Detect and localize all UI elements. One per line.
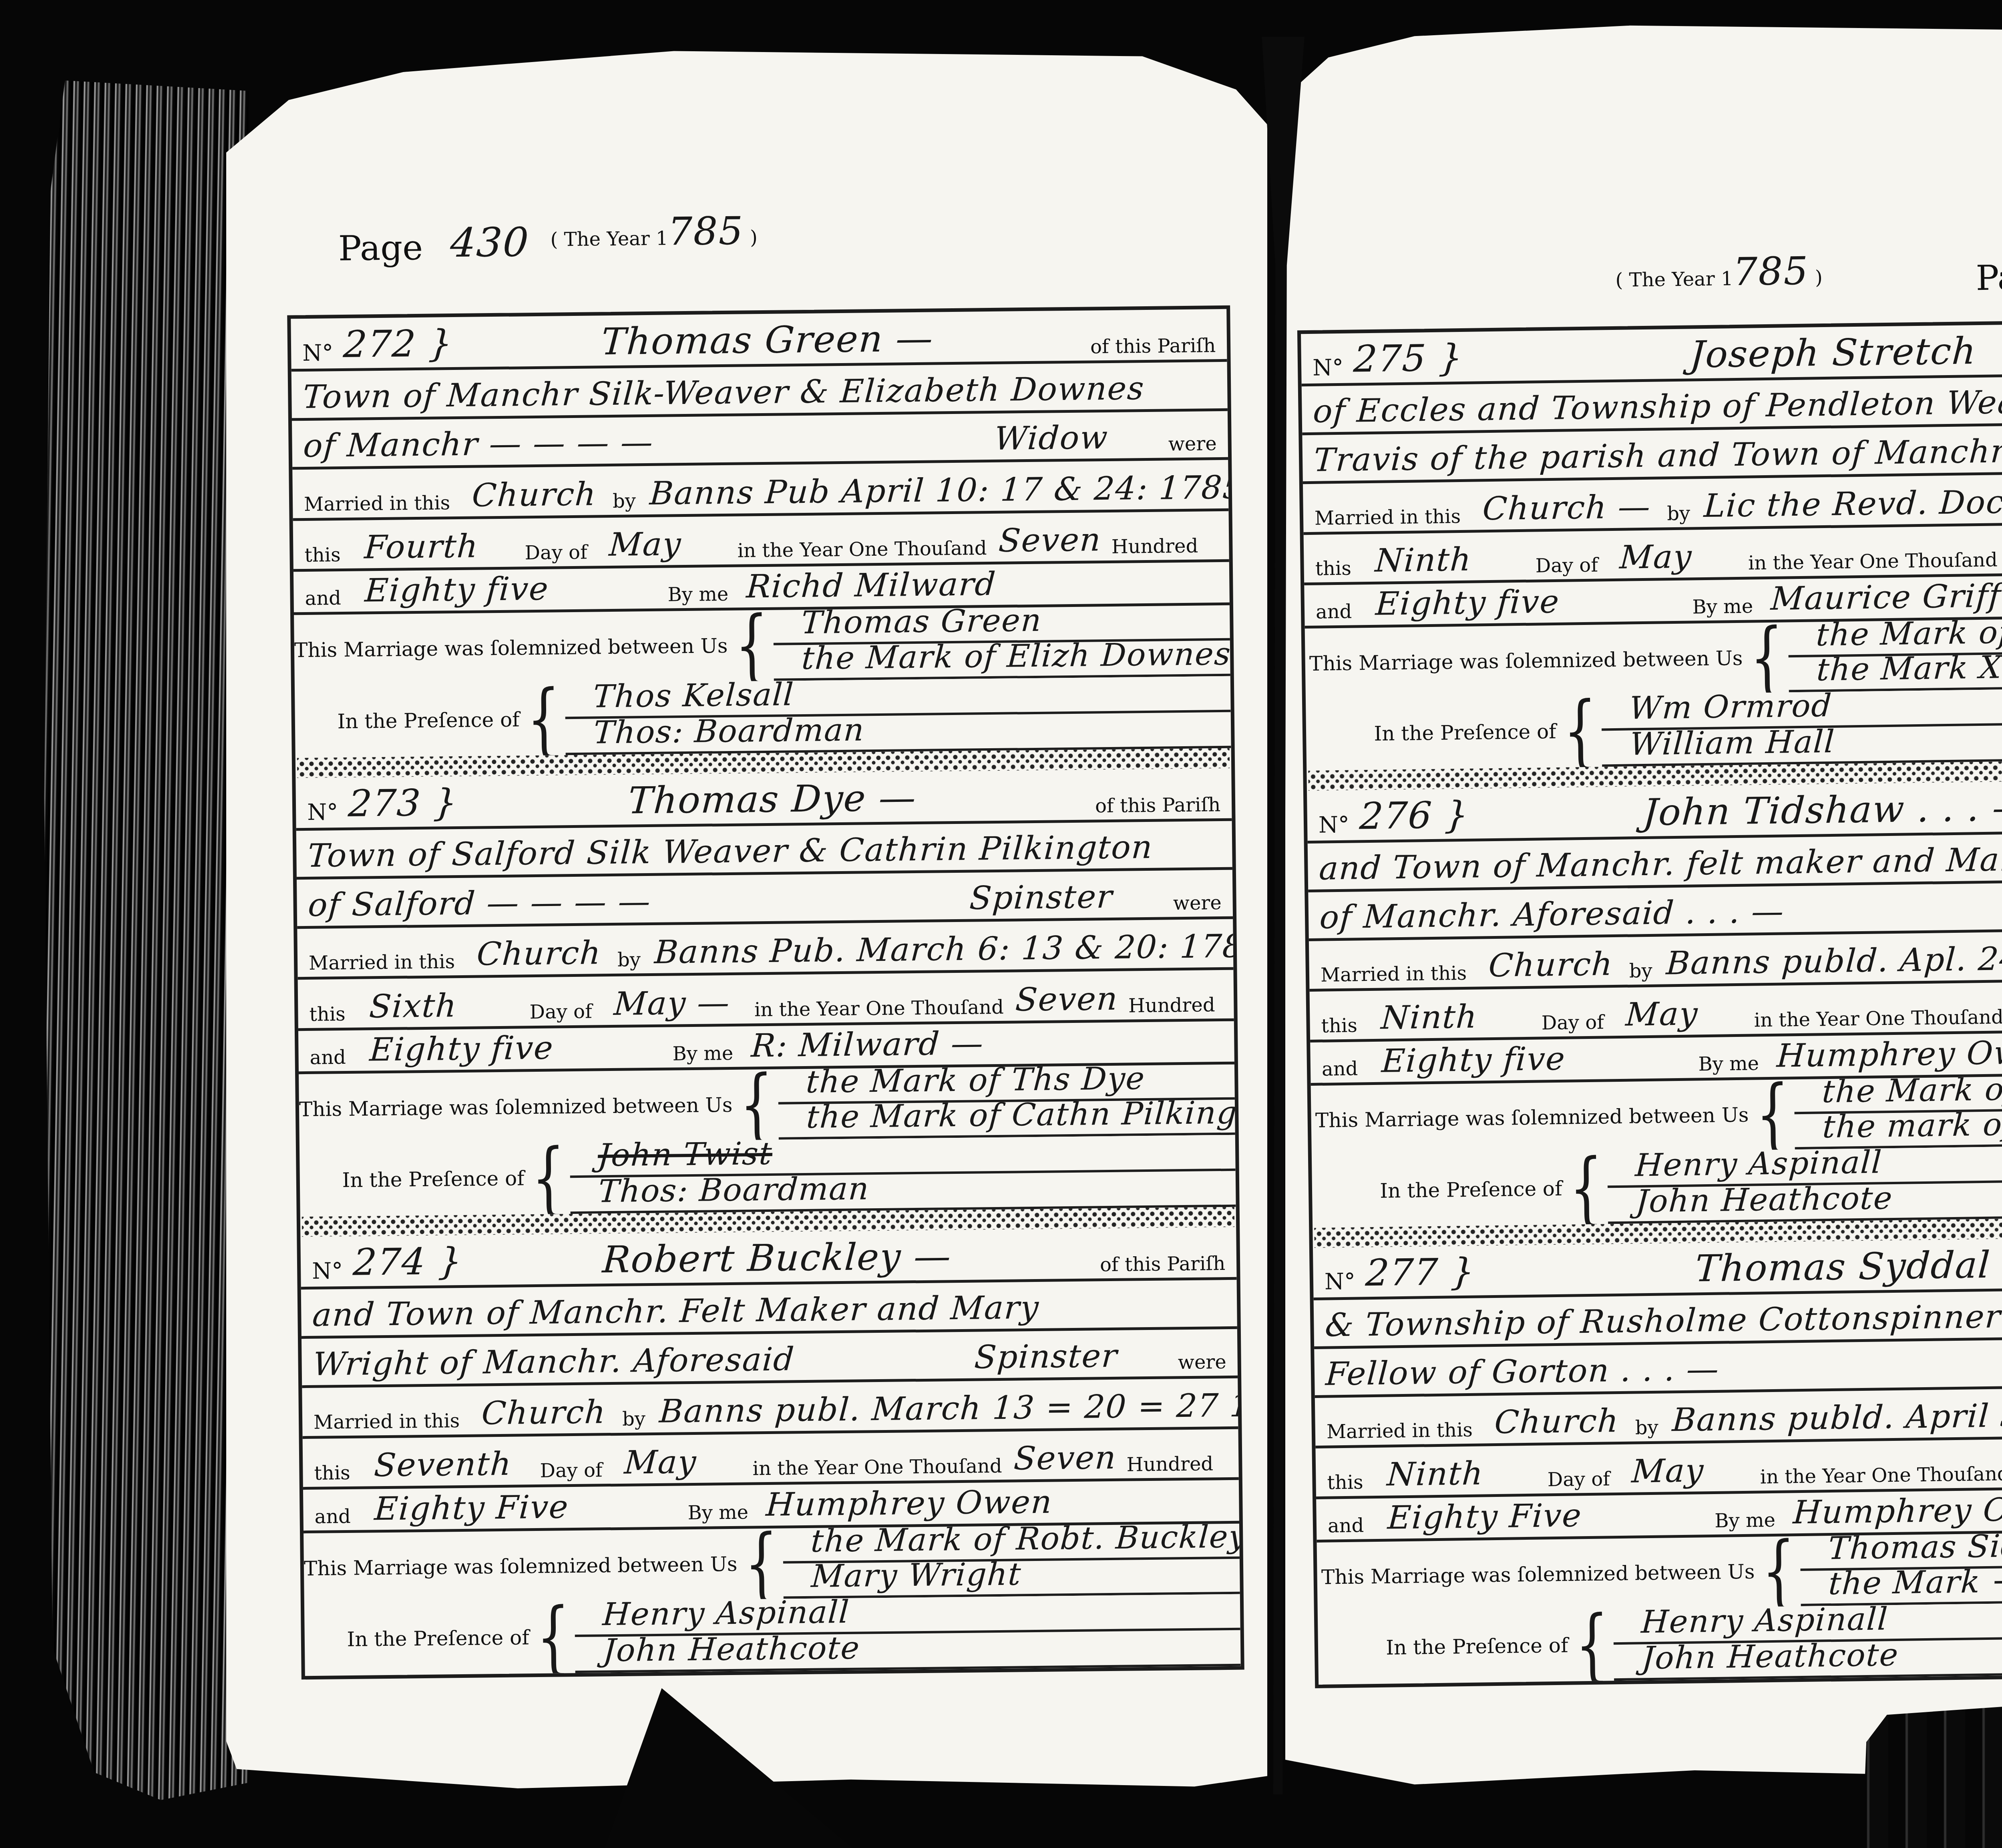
banns-details: Banns publd. April 3: 10 = 17 — 1785 [1671,1393,2002,1439]
this-label: this [304,544,341,566]
couple-signatures: the Mark of + John Tidshaw the mark of +… [1794,1072,2002,1149]
day-of-label: Day of [1547,1468,1610,1491]
record-number: 273 } [347,781,459,825]
bride-signature-line: the Mark of Elizh Downes [773,641,1230,681]
witness-signatures: Henry Aspinall John Heathcote [1613,1599,2002,1681]
married-in-this-label: Married in this [314,1410,460,1434]
witness-2-line: Thos: Boardman [570,1171,1236,1214]
presence-label: In the Preſence of [305,1626,537,1651]
day-of-label: Day of [1535,554,1598,577]
officiant-signature: Humphrey Owen [765,1483,1054,1523]
witness-signatures: Henry Aspinall John Heathcote [1607,1142,2002,1224]
solemnized-label: This Marriage was ſolemnized between Us [299,1093,740,1121]
hundred-label: Hundred [1111,535,1198,558]
by-label: by [622,1408,645,1430]
year-one-thousand-label: in the Year One Thouſand [754,996,1004,1021]
brace-glyph: { [1755,1075,1790,1154]
abode-occupation: & Township of Rusholme Cottonspinner and… [1324,1296,2002,1344]
officiant-signature: Humphrey Owen [1776,1033,2002,1074]
married-in-this-label: Married in this [309,950,455,974]
month-value: May [1619,538,1725,576]
bride-signature: the Mark of Cathn Pilkington [805,1099,1235,1135]
eighty-value: Eighty five [1375,583,1560,623]
presence-label: In the Preſence of [295,708,527,733]
solemnized-label: This Marriage was ſolemnized between Us [294,634,735,662]
seven-value: Seven [1015,980,1120,1018]
abode-occupation-row: and Town of Manchr. Felt Maker and Mary [301,1280,1237,1339]
presence-label: In the Preſence of [1306,720,1564,746]
record-title-row: N° 275 } Joseph Stretch of the Pariſh [1301,320,2002,386]
witnesses-section: In the Preſence of { Henry Aspinall John… [304,1594,1241,1676]
and-label: and [1328,1514,1364,1537]
and-label: and [1322,1057,1358,1080]
month-value: May [1625,994,1731,1033]
bride-abode-row: Wright of Manchr. Aforesaid Spinster wer… [302,1329,1238,1388]
day-of-label: Day of [1541,1011,1604,1034]
brace-glyph: { [1563,691,1598,771]
by-me-label: By me [1715,1509,1775,1532]
groom-signature-line: Thomas Green [773,605,1230,645]
record-number-label: N° [307,799,338,826]
married-row: Married in this Church by Banns publ. Ma… [302,1378,1238,1439]
marriage-record-273: N° 273 } Thomas Dye — of this Pariſh Tow… [295,768,1236,1217]
bride-condition: Spinster [973,1337,1119,1376]
solemnized-label: This Marriage was ſolemnized between Us [304,1552,745,1580]
record-title-row: N° 273 } Thomas Dye — of this Pariſh [295,768,1232,831]
and-label: and [305,587,341,610]
witnesses-section: In the Preſence of { Wm Ormrod William H… [1306,685,2002,771]
witnesses-section: In the Preſence of { John Twist Thos: Bo… [299,1135,1236,1217]
eighty-value: Eighty Five [1387,1496,1583,1536]
bride-condition: Widow [993,419,1110,457]
banns-details: Banns Pub April 10: 17 & 24: 1785 [649,468,1229,512]
by-me-label: By me [687,1501,748,1524]
groom-name: Thomas Green — [600,317,935,364]
church-value: Church — [1481,488,1652,528]
records-box-left: N° 272 } Thomas Green — of this Pariſh T… [287,305,1244,1679]
church-value: Church [471,475,597,514]
solemnized-section: This Marriage was ſolemnized between Us … [299,1065,1235,1145]
day-value: Seventh [373,1445,513,1484]
solemnized-label: This Marriage was ſolemnized between Us [1311,1103,1756,1133]
marriage-record-276: N° 276 } John Tidshaw . . . — of this Pa… [1307,777,2002,1227]
record-number: 274 } [352,1240,464,1284]
married-row: Married in this Church by Banns Pub Apri… [292,460,1228,521]
year-one-thousand-label: in the Year One Thouſand [1760,1462,2002,1488]
bride-abode-row: of Salford — — — — Spinster were [297,870,1233,929]
groom-name: Thomas Syddal [1694,1243,1992,1290]
married-in-this-label: Married in this [1321,962,1467,986]
date-row: this Seventh Day of May in the Year One … [303,1429,1239,1490]
presence-label: In the Preſence of [1312,1177,1570,1203]
solemnized-section: This Marriage was ſolemnized between Us … [1305,615,2002,699]
abode-occupation-row: Town of Salford Silk Weaver & Cathrin Pi… [296,821,1232,880]
eighty-value: Eighty five [364,570,550,609]
year-hand: 785 [668,209,744,254]
record-number-label: N° [312,1258,343,1285]
abode-occupation: and Town of Manchr. felt maker and Mary … [1318,839,2002,887]
witness-1-line: Thos Kelsall [565,676,1231,719]
year-suffix: ) [744,226,758,249]
abode-occupation: of Eccles and Township of Pendleton Weav… [1312,381,2002,430]
bride-condition: Spinster [969,878,1114,917]
abode-occupation: Town of Manchr Silk-Weaver & Elizabeth D… [302,370,1146,416]
month-value: May [608,525,715,563]
eighty-value: Eighty Five [374,1488,570,1527]
brace-glyph: { [536,1597,571,1676]
record-number: 277 } [1365,1250,1476,1295]
year-hand: 785 [1733,249,1809,294]
bride-signature: Mary Wright [810,1559,1022,1595]
this-label: this [1315,557,1351,580]
by-me-label: By me [667,583,728,606]
month-value: May [1631,1451,1737,1490]
witnesses-section: In the Preſence of { Henry Aspinall John… [1312,1142,2002,1228]
groom-signature: the Mark of Robt. Buckley [810,1523,1240,1559]
witnesses-section: In the Preſence of { Henry Aspinall John… [1318,1599,2002,1685]
solemnized-label: This Marriage was ſolemnized between Us [1317,1560,1762,1589]
witness-signatures: Henry Aspinall John Heathcote [575,1594,1241,1673]
bride-abode: Fellow of Gorton . . . — [1325,1350,1720,1393]
witness-2-line: John Heathcote [575,1630,1241,1673]
by-me-label: By me [1692,595,1753,619]
solemnized-section: This Marriage was ſolemnized between Us … [304,1523,1240,1604]
bride-abode: of Manchr — — — — [302,424,655,464]
groom-name: John Tidshaw . . . — [1642,786,2002,834]
year-heading: ( The Year 1785 ) [550,208,758,255]
parish-label: of this Pariſh [1090,334,1216,358]
brace-glyph: { [531,1139,566,1217]
page-number: 430 [449,219,531,266]
seven-value: Seven [998,521,1103,559]
marriage-record-272: N° 272 } Thomas Green — of this Pariſh T… [291,309,1231,758]
married-row: Married in this Church by Banns Pub. Mar… [297,919,1233,980]
day-of-label: Day of [525,541,587,564]
bride-signature: the Mark of Elizh Downes [800,641,1230,677]
record-title-row: N° 272 } Thomas Green — of this Pariſh [291,309,1227,372]
couple-signatures: the Mark of Joseph Stretch the Mark X of… [1788,615,2002,692]
banns-details: Banns Pub. March 6: 13 & 20: 1785 [653,927,1234,971]
solemnized-label: This Marriage was ſolemnized between Us [1305,646,1750,675]
brace-glyph: { [527,679,561,758]
abode-occupation: and Town of Manchr. Felt Maker and Mary [312,1289,1041,1334]
eighty-value: Eighty five [369,1029,555,1069]
couple-signatures: Thomas Sidall the Mark + of Mary Fellow [1800,1529,2002,1606]
year-prefix: ( The Year 1 [1615,267,1733,291]
record-number-label: N° [1319,812,1350,838]
groom-name: Thomas Dye — [627,776,918,822]
officiant-signature: R: Milward — [750,1024,985,1064]
year-prefix: ( The Year 1 [550,227,668,251]
bride-abode: Travis of the parish and Town of Manchr. [1313,432,2002,479]
brace-glyph: { [1569,1148,1604,1227]
by-label: by [617,949,641,972]
day-value: Fourth [364,527,498,566]
brace-glyph: { [744,1524,778,1604]
page-label: Page [338,228,423,269]
records-box-right: N° 275 } Joseph Stretch of the Pariſh of… [1297,317,2002,1688]
officiant-signature: Richd Milward [745,565,997,605]
groom-signature: the Mark of Ths Dye [805,1065,1146,1100]
year-one-thousand-label: in the Year One Thouſand [737,537,987,562]
couple-signatures: the Mark of Ths Dye the Mark of Cathn Pi… [778,1065,1235,1140]
record-title-row: N° 274 } Robert Buckley — of this Pariſh [300,1227,1236,1290]
groom-signature-line: the Mark of Robt. Buckley [783,1523,1240,1563]
witness-2-line: Thos: Boardman [565,712,1231,755]
married-in-this-label: Married in this [304,492,450,516]
date-row: this Fourth Day of May in the Year One T… [293,511,1229,572]
witness-signatures: John Twist Thos: Boardman [570,1135,1236,1214]
by-label: by [1629,960,1653,982]
groom-signature-line: the Mark of Ths Dye [778,1065,1235,1105]
witness-1-line: Henry Aspinall [575,1594,1240,1637]
were-label: were [1178,1351,1226,1374]
year-suffix: ) [1809,266,1823,289]
this-label: this [314,1462,350,1484]
couple-signatures: the Mark of Robt. Buckley Mary Wright [783,1523,1240,1599]
church-value: Church [1487,945,1614,984]
record-number-label: N° [1313,355,1344,381]
record-number-label: N° [302,340,334,366]
this-label: this [309,1003,346,1026]
and-label: and [314,1505,351,1528]
presence-label: In the Preſence of [300,1167,532,1192]
seven-value: Seven [1013,1439,1118,1477]
record-number-label: N° [1325,1269,1356,1295]
year-one-thousand-label: in the Year One Thouſand [1754,1006,2002,1031]
groom-name: Joseph Stretch [1688,329,1978,376]
bride-abode-row: of Manchr — — — — Widow were [292,411,1228,470]
solemnized-section: This Marriage was ſolemnized between Us … [1317,1529,2002,1613]
day-value: Sixth [368,986,503,1025]
marriage-record-277: N° 277 } Thomas Syddal of this Pariſh & … [1313,1234,2002,1685]
witness-1: Thos Kelsall [592,677,795,715]
church-value: Church [480,1393,607,1432]
bride-signature-line: the Mark of Cathn Pilkington [778,1099,1235,1140]
licence-details: Lic the Revd. Docr. Griffith Surrogate [1703,479,2002,524]
officiant-signature: Maurice Griffith — [1770,576,2002,618]
eighty-value: Eighty five [1381,1040,1566,1079]
bride-signature-line: Mary Wright [783,1559,1240,1599]
bride-abode: of Salford — — — — [307,883,652,924]
day-value: Ninth [1380,997,1514,1036]
brace-glyph: { [1761,1532,1796,1611]
marriage-record-274: N° 274 } Robert Buckley — of this Pariſh… [300,1227,1240,1676]
solemnized-section: This Marriage was ſolemnized between Us … [294,605,1230,686]
abode-occupation: Town of Salford Silk Weaver & Cathrin Pi… [307,828,1154,874]
by-label: by [1635,1416,1658,1439]
hundred-label: Hundred [1126,1453,1213,1476]
month-value: May [623,1443,730,1481]
married-in-this-label: Married in this [1327,1419,1473,1443]
by-me-label: By me [672,1042,733,1065]
were-label: were [1168,432,1217,455]
month-value: May — [613,984,732,1022]
witness-signatures: Wm Ormrod William Hall [1601,685,2002,767]
witnesses-section: In the Preſence of { Thos Kelsall Thos: … [295,676,1231,757]
presence-label: In the Preſence of [1318,1634,1576,1660]
by-label: by [613,490,636,512]
brace-glyph: { [739,1065,774,1145]
day-of-label: Day of [540,1459,603,1482]
book-page-edges-left [40,70,248,1804]
solemnized-section: This Marriage was ſolemnized between Us … [1311,1072,2002,1155]
marriage-record-275: N° 275 } Joseph Stretch of the Pariſh of… [1301,320,2002,771]
parish-register-scan: Page 430 ( The Year 1785 ) ( The Year 17… [0,0,2002,1848]
abode-occupation-row: Town of Manchr Silk-Weaver & Elizabeth D… [291,362,1228,421]
by-me-label: By me [1698,1052,1759,1075]
married-in-this-label: Married in this [1315,505,1461,530]
church-value: Church [1493,1402,1620,1441]
this-label: this [1321,1014,1357,1037]
banns-details: Banns publd. Apl. 24 = 31 & May 1st. 178… [1665,935,2002,982]
brace-glyph: { [734,606,769,685]
groom-name: Robert Buckley — [601,1235,953,1282]
church-value: Church [476,934,602,973]
day-value: Ninth [1374,540,1508,579]
year-one-thousand-label: in the Year One Thouſand [1748,549,1998,574]
witness-1-struck: John Twist [597,1136,773,1174]
hundred-label: Hundred [1128,994,1215,1017]
banns-details: Banns publ. March 13 = 20 = 27 1785 [658,1386,1238,1430]
couple-signatures: Thomas Green the Mark of Elizh Downes [773,605,1230,681]
and-label: and [1316,601,1352,623]
parish-label: of this Pariſh [1095,793,1221,817]
record-number: 276 } [1359,793,1470,838]
and-label: and [310,1046,346,1069]
day-value: Ninth [1386,1454,1520,1493]
date-row: this Sixth Day of May — in the Year One … [298,970,1234,1031]
bride-abode: Wright of Manchr. Aforesaid [312,1340,796,1383]
were-label: were [1173,892,1222,914]
page-left-header: Page 430 ( The Year 1785 ) [294,195,1238,305]
page-label: Page [1976,257,2002,298]
bride-abode: of Manchr. Aforesaid . . . — [1319,892,1785,936]
brace-glyph: { [1575,1605,1610,1684]
parish-label: of this Pariſh [1100,1252,1226,1276]
witness-1-line: John Twist [570,1135,1236,1178]
officiant-signature: Humphrey Owen [1792,1490,2002,1531]
year-heading: ( The Year 1785 ) [1615,248,1823,296]
day-of-label: Day of [529,1000,592,1023]
witness-signatures: Thos Kelsall Thos: Boardman [565,676,1231,755]
this-label: this [1327,1471,1363,1494]
groom-signature: Thomas Green [800,605,1043,641]
record-number: 272 } [342,322,454,366]
by-label: by [1667,502,1690,525]
brace-glyph: { [1749,618,1784,697]
record-number: 275 } [1353,336,1464,381]
year-one-thousand-label: in the Year One Thouſand [752,1455,1002,1480]
